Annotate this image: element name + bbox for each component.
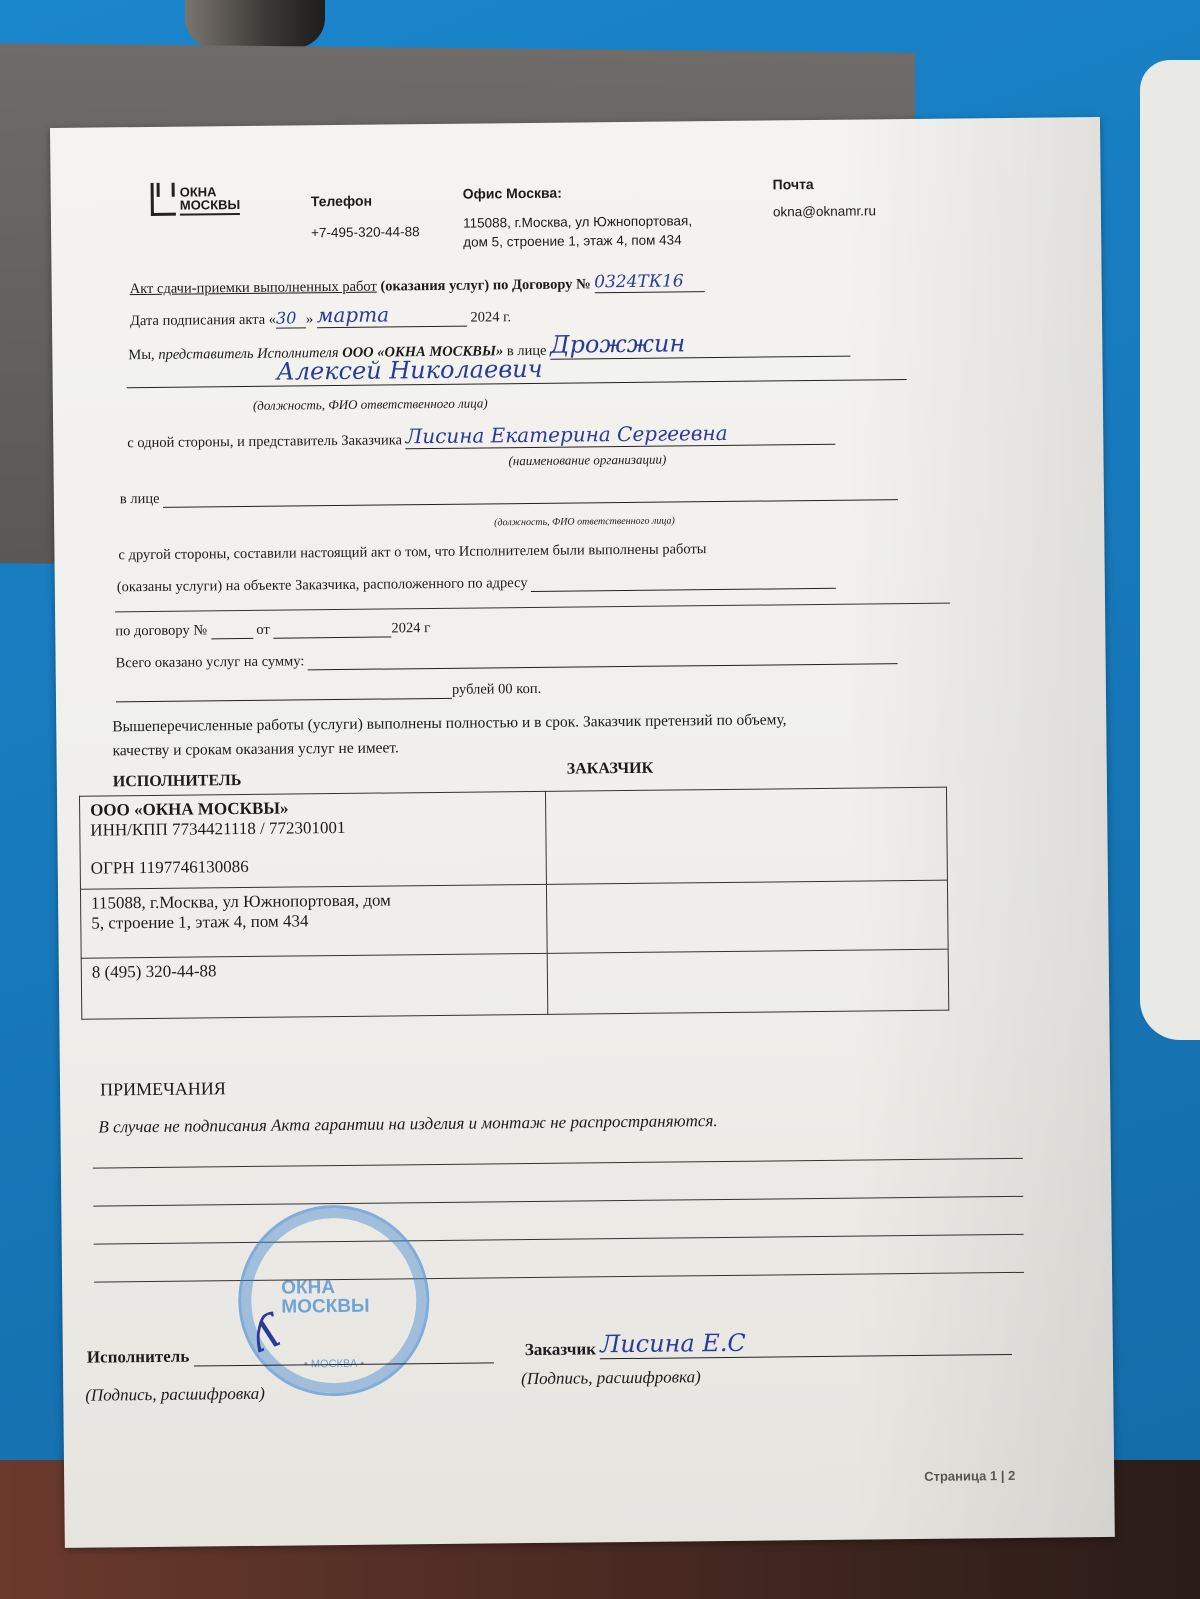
sum-field	[308, 649, 898, 670]
table-row: ООО «ОКНА МОСКВЫ» ИНН/КПП 7734421118 / 7…	[79, 787, 947, 889]
address-field-line-2	[115, 603, 950, 613]
act-date: Дата подписания акта «30» марта 2024 г.	[130, 301, 511, 330]
customer-signature: Лисина Е.С	[600, 1326, 1012, 1359]
notes-heading: ПРИМЕЧАНИЯ	[100, 1078, 226, 1100]
caption-org: (наименование организации)	[508, 452, 666, 470]
sum-row: Всего оказано услуг на сумму:	[116, 647, 899, 672]
customer-signature-row: Заказчик Лисина Е.С	[525, 1326, 1013, 1360]
contract-ref-row: по договору № от 2024 г	[115, 620, 430, 640]
in-person-row: в лице	[120, 483, 898, 508]
office-label: Офис Москва:	[463, 185, 562, 202]
date-day: 30	[276, 308, 306, 328]
in-person-field	[163, 485, 898, 508]
body-line-1: с другой стороны, составили настоящий ак…	[118, 541, 706, 564]
caption-position-small: (должность, ФИО ответственного лица)	[494, 515, 675, 528]
executor-address-cell: 115088, г.Москва, ул Южнопортовая, дом 5…	[80, 884, 547, 958]
executor-phone-cell: 8 (495) 320-44-88	[81, 953, 548, 1019]
executor-name: Алексей Николаевич	[276, 355, 542, 386]
body-line-2: (оказаны услуги) на объекте Заказчика, р…	[117, 572, 837, 597]
document-page: ОКНА МОСКВЫ Телефон +7-495-320-44-88 Офи…	[50, 117, 1115, 1548]
customer-address-cell	[546, 880, 948, 953]
company-logo: ОКНА МОСКВЫ	[151, 182, 241, 216]
customer-intro: с одной стороны, и представитель Заказчи…	[127, 420, 836, 452]
notes-text: В случае не подписания Акта гарантии на …	[98, 1111, 717, 1137]
phone-value: +7-495-320-44-88	[311, 222, 420, 242]
date-month: марта	[317, 302, 467, 329]
completion-statement: Вышеперечисленные работы (услуги) выполн…	[112, 708, 787, 763]
executor-signature-caption: (Подпись, расшифровка)	[85, 1384, 265, 1406]
executor-heading: ИСПОЛНИТЕЛЬ	[113, 772, 242, 791]
sum-rubles-field	[116, 684, 452, 703]
customer-phone-cell	[547, 949, 949, 1014]
caption-position: (должность, ФИО ответственного лица)	[253, 395, 488, 413]
executor-company-cell: ООО «ОКНА МОСКВЫ» ИНН/КПП 7734421118 / 7…	[79, 791, 546, 889]
table-row: 115088, г.Москва, ул Южнопортовая, дом 5…	[80, 880, 948, 958]
table-row: 8 (495) 320-44-88	[81, 949, 949, 1019]
contract-ref-date-field	[273, 622, 391, 638]
background-object	[185, 0, 325, 48]
executor-signature-row: Исполнитель	[87, 1343, 494, 1367]
act-title: Акт сдачи-приемки выполненных работ (ока…	[130, 271, 705, 298]
logo-m-icon	[151, 183, 176, 216]
email-value: okna@oknamr.ru	[773, 201, 876, 221]
phone-label: Телефон	[311, 193, 372, 210]
office-address: 115088, г.Москва, ул Южнопортовая, дом 5…	[463, 211, 692, 251]
requisites-table: ООО «ОКНА МОСКВЫ» ИНН/КПП 7734421118 / 7…	[79, 787, 949, 1020]
contract-number: 0324ТК16	[594, 271, 704, 293]
sum-rubles-row: рублей 00 коп.	[116, 681, 541, 702]
customer-company-cell	[545, 787, 947, 884]
company-stamp: ОКНА МОСКВЫ • МОСКВА •	[237, 1204, 430, 1397]
page-number: Страница 1 | 2	[924, 1468, 1015, 1484]
executor-signature-field	[193, 1346, 493, 1366]
contract-ref-number-field	[211, 624, 253, 639]
background-white-object	[1140, 60, 1200, 1040]
customer-heading: ЗАКАЗЧИК	[567, 760, 654, 779]
customer-signature-caption: (Подпись, расшифровка)	[521, 1367, 701, 1389]
email-label: Почта	[773, 176, 814, 192]
address-field	[531, 574, 836, 592]
customer-name: Лисина Екатерина Сергеевна	[405, 420, 835, 450]
